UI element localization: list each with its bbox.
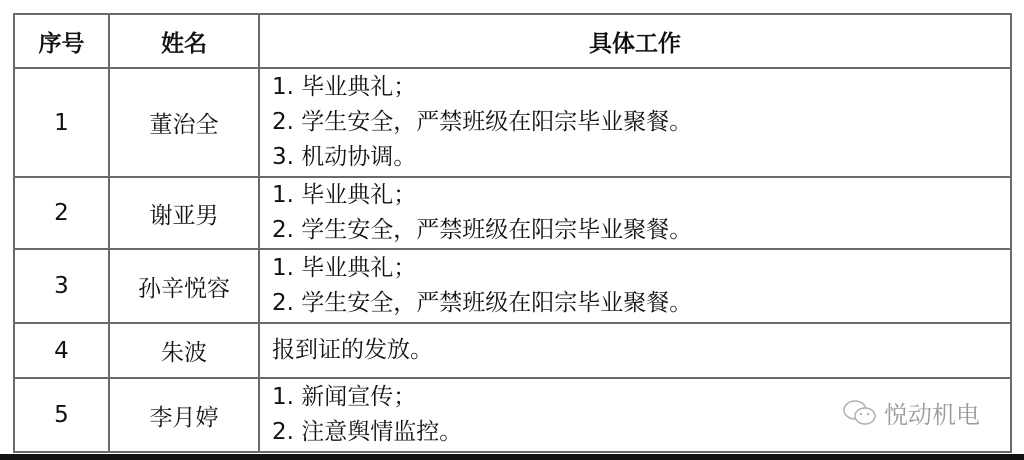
wechat-icon: [842, 399, 878, 427]
table-row: 3 孙辛悦容 1. 毕业典礼； 2. 学生安全，严禁班级在阳宗毕业聚餐。: [14, 249, 1011, 323]
header-no: 序号: [14, 14, 109, 68]
title-remnant: [0, 0, 1024, 4]
row-no: 1: [14, 68, 109, 177]
row-no: 5: [14, 378, 109, 452]
table-row: 1 董治全 1. 毕业典礼； 2. 学生安全，严禁班级在阳宗毕业聚餐。 3. 机…: [14, 68, 1011, 177]
work-line: 2. 学生安全，严禁班级在阳宗毕业聚餐。: [272, 105, 1010, 140]
row-name: 孙辛悦容: [109, 249, 259, 323]
work-line: 2. 学生安全，严禁班级在阳宗毕业聚餐。: [272, 213, 1010, 248]
work-line: 1. 毕业典礼；: [272, 178, 1010, 213]
row-work: 报到证的发放。: [259, 323, 1011, 378]
row-name: 朱波: [109, 323, 259, 378]
row-work: 1. 毕业典礼； 2. 学生安全，严禁班级在阳宗毕业聚餐。: [259, 249, 1011, 323]
work-line: 1. 毕业典礼；: [272, 70, 1010, 105]
header-name: 姓名: [109, 14, 259, 68]
watermark-text: 悦动机电: [884, 395, 980, 430]
row-name: 谢亚男: [109, 177, 259, 249]
work-line: 2. 学生安全，严禁班级在阳宗毕业聚餐。: [272, 286, 1010, 321]
row-name: 董治全: [109, 68, 259, 177]
row-work: 1. 毕业典礼； 2. 学生安全，严禁班级在阳宗毕业聚餐。: [259, 177, 1011, 249]
row-no: 4: [14, 323, 109, 378]
table-row: 4 朱波 报到证的发放。: [14, 323, 1011, 378]
work-line: 报到证的发放。: [272, 333, 1010, 368]
work-line: 3. 机动协调。: [272, 140, 1010, 175]
header-work: 具体工作: [259, 14, 1011, 68]
row-no: 3: [14, 249, 109, 323]
row-name: 李月婷: [109, 378, 259, 452]
duty-table: 序号 姓名 具体工作 1 董治全 1. 毕业典礼； 2. 学生安全，严禁班级在阳…: [13, 13, 1012, 453]
row-work: 1. 毕业典礼； 2. 学生安全，严禁班级在阳宗毕业聚餐。 3. 机动协调。: [259, 68, 1011, 177]
bottom-edge-bar: [0, 454, 1024, 460]
row-no: 2: [14, 177, 109, 249]
table-header-row: 序号 姓名 具体工作: [14, 14, 1011, 68]
work-line: 1. 毕业典礼；: [272, 251, 1010, 286]
table-row: 2 谢亚男 1. 毕业典礼； 2. 学生安全，严禁班级在阳宗毕业聚餐。: [14, 177, 1011, 249]
watermark: 悦动机电: [842, 395, 980, 430]
